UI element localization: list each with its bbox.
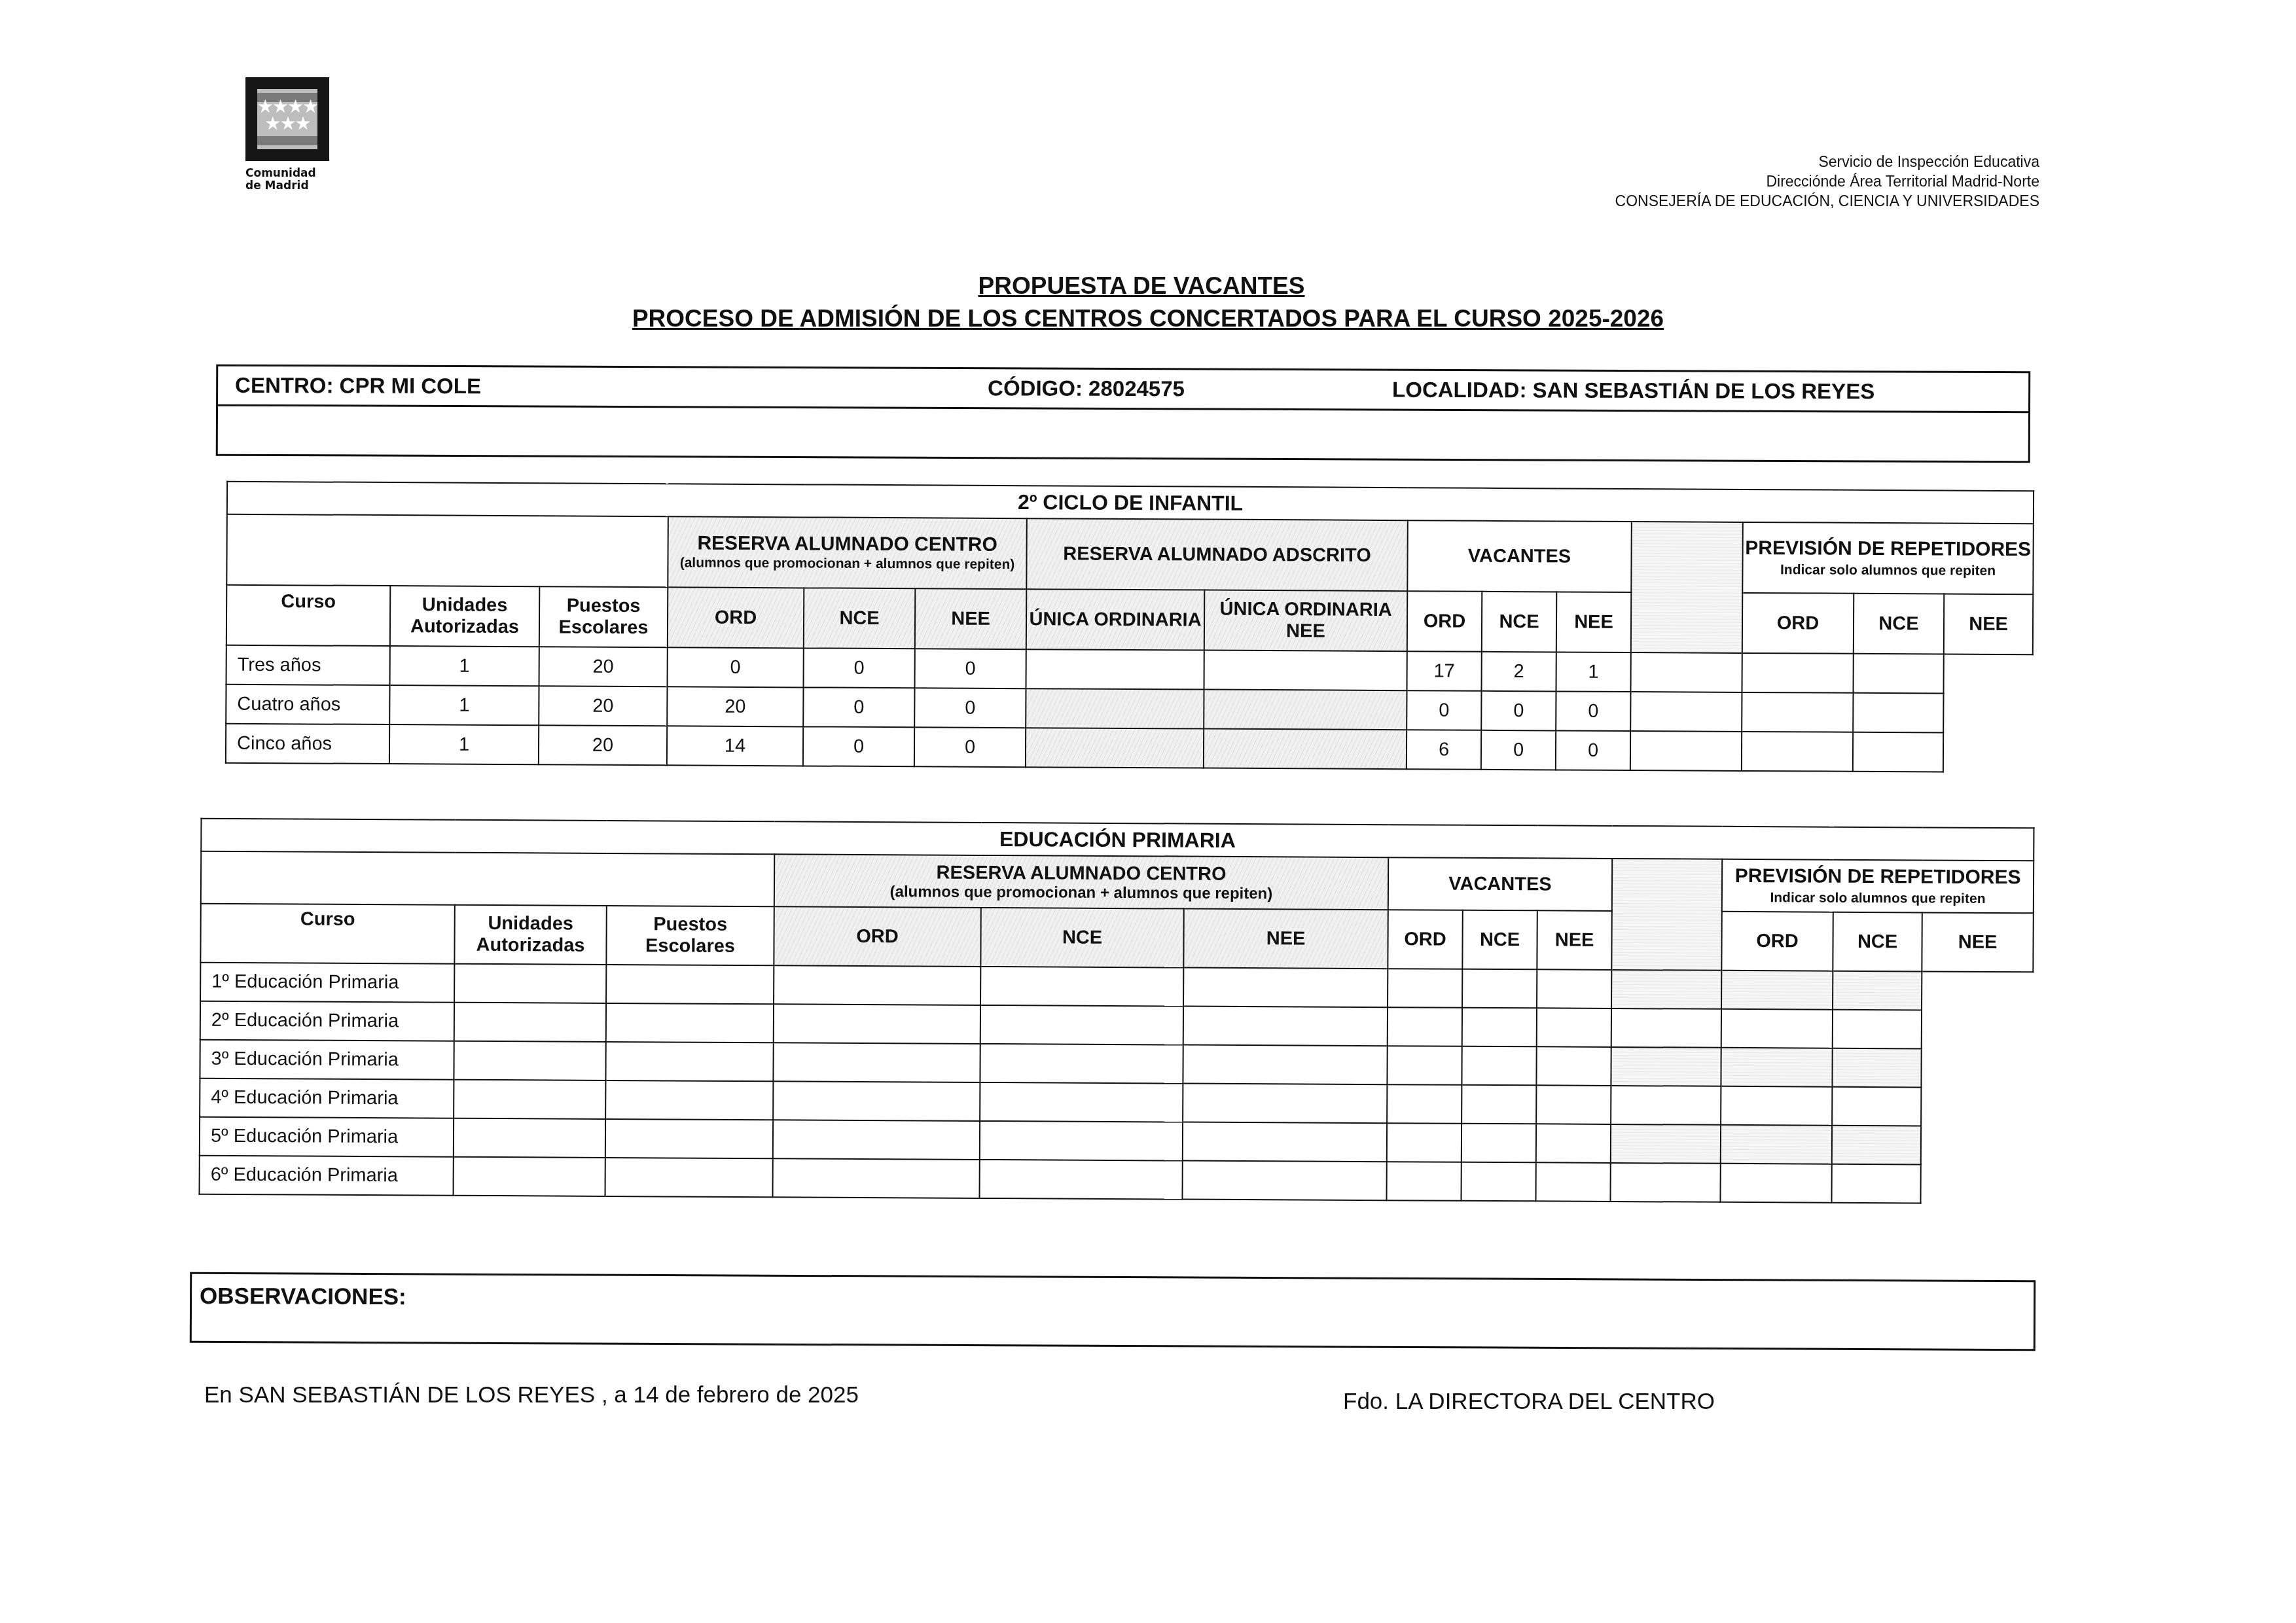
primaria-cell-rc-nce[interactable]: [980, 1005, 1183, 1045]
infantil-cell-v-ord[interactable]: 6: [1407, 730, 1481, 770]
col-prevision-nee: NEE: [1944, 594, 2034, 655]
infantil-cell-rc-nce[interactable]: 0: [803, 687, 914, 727]
primaria-cell-v-nee[interactable]: [1535, 1162, 1610, 1202]
primaria-cell-rc-ord[interactable]: [773, 1081, 980, 1121]
primaria-cell-v-nce[interactable]: [1461, 1162, 1535, 1202]
col-unidades-autorizadas: Unidades Autorizadas: [454, 905, 606, 965]
col-vacantes-nee: NEE: [1556, 592, 1631, 652]
primaria-cell-p-ord[interactable]: [1611, 1086, 1721, 1125]
primaria-cell-puestos[interactable]: [606, 1003, 774, 1043]
primaria-cell-rc-ord[interactable]: [774, 1004, 980, 1044]
primaria-cell-p-ord[interactable]: [1611, 1124, 1721, 1164]
primaria-cell-curso: 6º Educación Primaria: [200, 1156, 454, 1196]
infantil-reserva-adscrito-header: RESERVA ALUMNADO ADSCRITO: [1026, 518, 1408, 591]
primaria-cell-rc-nce[interactable]: [980, 1160, 1183, 1200]
primaria-cell-rc-ord[interactable]: [773, 1158, 980, 1198]
col-puestos-escolares: Puestos Escolares: [539, 586, 668, 647]
primaria-cell-p-nee[interactable]: [1831, 1164, 1920, 1204]
primaria-cell-curso: 3º Educación Primaria: [200, 1040, 454, 1080]
primaria-cell-unidades[interactable]: [454, 1157, 605, 1196]
infantil-cell-p-ord[interactable]: [1630, 692, 1742, 732]
primaria-cell-rc-nee[interactable]: [1182, 1161, 1386, 1201]
infantil-cell-p-nce[interactable]: [1742, 732, 1853, 772]
primaria-cell-puestos[interactable]: [606, 965, 774, 1004]
infantil-cell-puestos[interactable]: 20: [539, 647, 668, 687]
infantil-cell-ad-unica-nee[interactable]: [1204, 690, 1407, 730]
col-curso: Curso: [226, 585, 390, 646]
primaria-blank-header: [201, 851, 774, 907]
infantil-cell-curso: Tres años: [226, 645, 390, 685]
primaria-cell-unidades[interactable]: [454, 1118, 605, 1158]
infantil-cell-rc-ord[interactable]: 20: [667, 687, 803, 726]
col-prevision-ord: ORD: [1721, 912, 1833, 971]
primaria-cell-p-ord[interactable]: [1611, 970, 1721, 1009]
primaria-cell-v-nee[interactable]: [1536, 1124, 1611, 1163]
infantil-cell-p-nce[interactable]: [1742, 653, 1853, 693]
logo-text: Comunidad de Madrid: [245, 168, 334, 192]
centro-locality: LOCALIDAD: SAN SEBASTIÁN DE LOS REYES: [1392, 371, 1874, 411]
infantil-prevision-header: PREVISIÓN DE REPETIDORES Indicar solo al…: [1742, 522, 2034, 594]
department-header: Servicio de Inspección Educativa Direcci…: [1615, 152, 2039, 211]
primaria-cell-p-nee[interactable]: [1833, 971, 1922, 1010]
col-unica-ordinaria: ÚNICA ORDINARIA: [1026, 589, 1204, 650]
primaria-cell-v-nce[interactable]: [1462, 1085, 1536, 1124]
infantil-cell-ad-unica[interactable]: [1026, 728, 1204, 768]
primaria-cell-p-ord[interactable]: [1611, 1047, 1721, 1086]
col-reserva-ord: ORD: [668, 587, 804, 648]
place-and-date: En SAN SEBASTIÁN DE LOS REYES , a 14 de …: [204, 1382, 859, 1408]
infantil-cell-p-nce[interactable]: [1742, 692, 1853, 732]
infantil-cell-ad-unica[interactable]: [1026, 649, 1204, 689]
col-vacantes-ord: ORD: [1407, 591, 1482, 652]
primaria-cell-rc-nce[interactable]: [980, 1044, 1183, 1084]
primaria-cell-v-nce[interactable]: [1462, 1008, 1537, 1047]
col-unidades-autorizadas: Unidades Autorizadas: [390, 586, 539, 647]
department-line-3: CONSEJERÍA DE EDUCACIÓN, CIENCIA Y UNIVE…: [1615, 191, 2039, 211]
primaria-cell-rc-nee[interactable]: [1183, 1007, 1388, 1046]
primaria-separator-column: [1611, 859, 1722, 971]
infantil-cell-rc-nee[interactable]: 0: [914, 727, 1026, 767]
col-vacantes-ord: ORD: [1388, 910, 1462, 969]
primaria-vacantes-header: VACANTES: [1388, 857, 1612, 911]
infantil-cell-rc-ord[interactable]: 0: [668, 647, 804, 687]
infantil-cell-p-nee[interactable]: [1853, 654, 1943, 694]
col-vacantes-nce: NCE: [1482, 592, 1556, 652]
document-title: PROPUESTA DE VACANTES: [0, 270, 2296, 302]
infantil-cell-p-nee[interactable]: [1853, 732, 1943, 772]
document-titles: PROPUESTA DE VACANTES PROCESO DE ADMISIÓ…: [0, 270, 2296, 335]
col-vacantes-nce: NCE: [1462, 910, 1537, 970]
primaria-cell-unidades[interactable]: [454, 1003, 606, 1042]
infantil-cell-v-nee[interactable]: 0: [1556, 691, 1630, 731]
col-curso: Curso: [200, 904, 454, 964]
primaria-cell-rc-nce[interactable]: [980, 1082, 1183, 1122]
comunidad-de-madrid-logo: ★★★★ ★★★ Comunidad de Madrid: [245, 77, 334, 192]
col-puestos-escolares: Puestos Escolares: [606, 906, 774, 965]
infantil-cell-unidades[interactable]: 1: [390, 646, 539, 686]
infantil-table: 2º CICLO DE INFANTIL RESERVA ALUMNADO CE…: [225, 481, 2034, 773]
primaria-cell-v-ord[interactable]: [1388, 1007, 1462, 1046]
primaria-cell-v-nce[interactable]: [1462, 969, 1537, 1008]
infantil-separator-column: [1631, 522, 1743, 653]
col-prevision-nce: NCE: [1854, 594, 1944, 654]
centro-info-box: CENTRO: CPR MI COLE CÓDIGO: 28024575 LOC…: [216, 365, 2031, 463]
infantil-cell-curso: Cuatro años: [226, 685, 389, 724]
primaria-cell-p-nce[interactable]: [1721, 1125, 1832, 1164]
primaria-cell-rc-ord[interactable]: [773, 1120, 980, 1160]
primaria-cell-curso: 5º Educación Primaria: [200, 1117, 454, 1157]
primaria-cell-p-nce[interactable]: [1721, 971, 1833, 1010]
observaciones-box[interactable]: OBSERVACIONES:: [190, 1272, 2036, 1351]
infantil-cell-p-ord[interactable]: [1630, 652, 1742, 692]
department-line-2: Direcciónde Área Territorial Madrid-Nort…: [1615, 171, 2039, 191]
primaria-cell-v-ord[interactable]: [1387, 1046, 1462, 1085]
primaria-table: EDUCACIÓN PRIMARIA RESERVA ALUMNADO CENT…: [199, 818, 2035, 1205]
col-reserva-nce: NCE: [804, 588, 915, 649]
infantil-vacantes-header: VACANTES: [1407, 520, 1632, 592]
primaria-cell-p-ord[interactable]: [1611, 1008, 1721, 1048]
primaria-cell-curso: 4º Educación Primaria: [200, 1079, 454, 1118]
col-prevision-nee: NEE: [1922, 912, 2034, 972]
infantil-cell-p-nee[interactable]: [1853, 693, 1943, 733]
primaria-cell-v-nee[interactable]: [1536, 1046, 1611, 1086]
madrid-emblem-icon: ★★★★ ★★★: [245, 77, 329, 161]
infantil-cell-ad-unica[interactable]: [1026, 688, 1204, 728]
infantil-cell-rc-ord[interactable]: 14: [667, 726, 803, 766]
primaria-cell-v-nee[interactable]: [1536, 1085, 1611, 1124]
primaria-cell-v-nce[interactable]: [1462, 1124, 1536, 1163]
col-reserva-nce: NCE: [980, 908, 1183, 968]
infantil-cell-v-nce[interactable]: 0: [1481, 730, 1556, 770]
infantil-cell-rc-nee[interactable]: 0: [915, 649, 1026, 688]
primaria-cell-v-ord[interactable]: [1387, 1123, 1462, 1162]
primaria-cell-rc-ord[interactable]: [773, 1043, 980, 1082]
primaria-cell-rc-nee[interactable]: [1183, 968, 1388, 1008]
primaria-prevision-header: PREVISIÓN DE REPETIDORES Indicar solo al…: [1722, 859, 2034, 913]
centro-name: CENTRO: CPR MI COLE: [235, 366, 481, 405]
primaria-cell-v-nee[interactable]: [1537, 969, 1611, 1008]
primaria-cell-unidades[interactable]: [454, 1041, 605, 1080]
primaria-cell-p-nee[interactable]: [1832, 1048, 1921, 1088]
primaria-cell-p-ord[interactable]: [1610, 1163, 1720, 1202]
infantil-cell-v-ord[interactable]: 0: [1407, 690, 1481, 730]
primaria-cell-curso: 2º Educación Primaria: [200, 1001, 454, 1041]
primaria-cell-p-nee[interactable]: [1832, 1126, 1921, 1165]
infantil-cell-rc-nce[interactable]: 0: [804, 648, 915, 688]
infantil-cell-ad-unica-nee[interactable]: [1204, 729, 1407, 770]
infantil-cell-p-ord[interactable]: [1630, 731, 1742, 771]
col-vacantes-nee: NEE: [1537, 910, 1611, 970]
primaria-cell-v-ord[interactable]: [1386, 1162, 1461, 1201]
primaria-cell-puestos[interactable]: [605, 1119, 773, 1158]
observaciones-label: OBSERVACIONES:: [200, 1283, 406, 1310]
infantil-cell-v-nce[interactable]: 0: [1481, 691, 1556, 731]
primaria-cell-v-nce[interactable]: [1462, 1046, 1536, 1086]
document-subtitle: PROCESO DE ADMISIÓN DE LOS CENTROS CONCE…: [0, 302, 2296, 335]
primaria-cell-rc-ord[interactable]: [774, 965, 980, 1005]
primaria-cell-puestos[interactable]: [605, 1080, 773, 1120]
primaria-cell-rc-nee[interactable]: [1183, 1045, 1387, 1085]
primaria-cell-rc-nce[interactable]: [980, 967, 1183, 1007]
col-reserva-ord: ORD: [774, 906, 980, 967]
centro-code: CÓDIGO: 28024575: [988, 369, 1185, 408]
col-prevision-ord: ORD: [1742, 593, 1854, 654]
infantil-reserva-centro-header: RESERVA ALUMNADO CENTRO (alumnos que pro…: [668, 516, 1027, 589]
col-unica-ordinaria-nee: ÚNICA ORDINARIA NEE: [1204, 590, 1407, 652]
primaria-cell-p-nce[interactable]: [1721, 1086, 1832, 1126]
infantil-cell-ad-unica-nee[interactable]: [1204, 651, 1407, 691]
primaria-reserva-centro-header: RESERVA ALUMNADO CENTRO (alumnos que pro…: [774, 854, 1388, 910]
department-line-1: Servicio de Inspección Educativa: [1615, 152, 2039, 171]
primaria-cell-p-nce[interactable]: [1721, 1009, 1833, 1048]
primaria-cell-v-nee[interactable]: [1537, 1008, 1611, 1047]
primaria-cell-v-ord[interactable]: [1387, 1084, 1462, 1124]
infantil-cell-v-ord[interactable]: 17: [1407, 651, 1481, 691]
infantil-cell-v-nee[interactable]: 0: [1556, 730, 1630, 770]
infantil-cell-rc-nee[interactable]: 0: [914, 688, 1026, 728]
infantil-cell-v-nce[interactable]: 2: [1481, 652, 1556, 692]
primaria-cell-p-nee[interactable]: [1833, 1010, 1922, 1049]
infantil-blank-header: [226, 514, 668, 588]
primaria-cell-puestos[interactable]: [605, 1158, 773, 1197]
infantil-cell-puestos[interactable]: 20: [539, 725, 667, 765]
primaria-cell-p-nce[interactable]: [1720, 1164, 1831, 1203]
primaria-cell-p-nee[interactable]: [1832, 1087, 1921, 1126]
col-reserva-nee: NEE: [915, 588, 1026, 649]
primaria-cell-unidades[interactable]: [454, 1080, 605, 1119]
infantil-cell-curso: Cinco años: [226, 724, 389, 764]
primaria-cell-puestos[interactable]: [605, 1042, 773, 1081]
col-reserva-nee: NEE: [1183, 909, 1388, 969]
primaria-cell-p-nce[interactable]: [1721, 1048, 1832, 1087]
infantil-cell-rc-nce[interactable]: 0: [803, 726, 914, 766]
infantil-cell-v-nee[interactable]: 1: [1556, 652, 1630, 692]
primaria-cell-rc-nee[interactable]: [1183, 1084, 1387, 1124]
infantil-cell-unidades[interactable]: 1: [389, 685, 539, 725]
primaria-cell-v-ord[interactable]: [1388, 969, 1462, 1008]
signature-line: Fdo. LA DIRECTORA DEL CENTRO: [1343, 1389, 1715, 1415]
primaria-cell-rc-nee[interactable]: [1183, 1122, 1387, 1162]
primaria-cell-curso: 1º Educación Primaria: [200, 963, 454, 1003]
col-prevision-nce: NCE: [1833, 912, 1922, 972]
infantil-cell-puestos[interactable]: 20: [539, 686, 667, 726]
primaria-cell-rc-nce[interactable]: [980, 1121, 1183, 1161]
primaria-cell-unidades[interactable]: [454, 964, 606, 1003]
infantil-cell-unidades[interactable]: 1: [389, 724, 539, 764]
